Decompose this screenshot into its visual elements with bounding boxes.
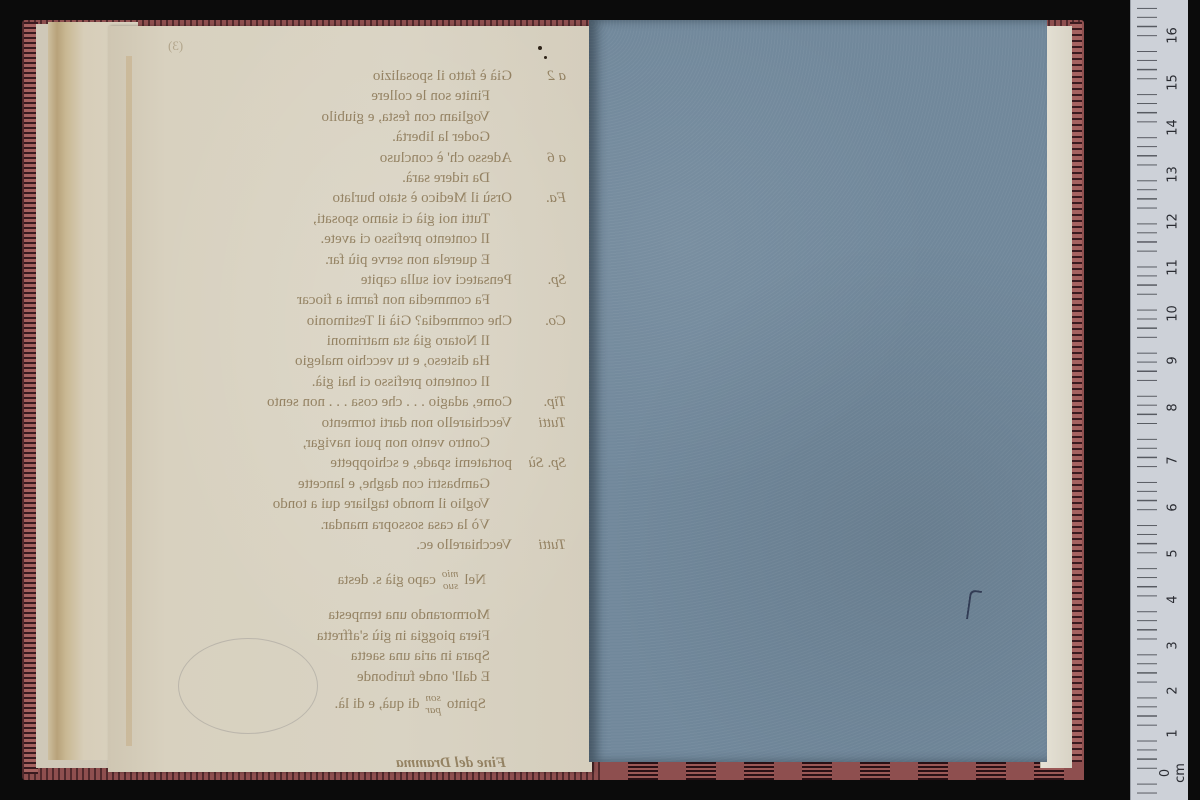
verse-line: Il Notaro già sta matrimoni xyxy=(186,331,566,351)
verse-text: Finite son le collere xyxy=(371,86,516,106)
page-number: (3) xyxy=(168,36,183,56)
variant-bottom: suo xyxy=(442,580,459,592)
verse-line: E querela non serve più far. xyxy=(186,250,566,270)
verse-line: Sp. Sùportatemi spade, e schioppette xyxy=(186,453,566,473)
speaker-label: Sp. Sù xyxy=(516,453,566,473)
ruler-label: 10 xyxy=(1166,302,1181,326)
verse-line: Sp.Pensateci voi sulla capite xyxy=(186,270,566,290)
stanza-gap xyxy=(186,555,566,563)
verse-text: Contro vento non puoi navigar, xyxy=(303,433,516,453)
verse-text: Come, adagio . . . che cosa . . . non se… xyxy=(267,392,516,412)
verse-text: Spinto xyxy=(447,694,486,714)
verse-text: Fiera pioggia in giù s'affretta xyxy=(317,626,516,646)
verse-line: Finite son le collere xyxy=(186,86,566,106)
verse-text: Già è fatto il sposalizio xyxy=(373,66,516,86)
variant-top: son xyxy=(426,692,441,704)
left-page: (3) a 2Già è fatto il sposalizio Finite … xyxy=(108,26,592,772)
verse-text: Vecchiarello ec. xyxy=(416,535,516,555)
variant-top: mio xyxy=(442,568,459,580)
speaker-label xyxy=(516,209,566,229)
speaker-label xyxy=(516,474,566,494)
verse-text: E dall' onde furibonde xyxy=(357,667,516,687)
speaker-label xyxy=(516,515,566,535)
verse-line: Tutti noi già ci siamo sposati, xyxy=(186,209,566,229)
verse-text: portatemi spade, e schioppette xyxy=(330,453,516,473)
speaker-label xyxy=(516,372,566,392)
verse-text: Vò la casa sossopra mandar. xyxy=(320,515,516,535)
verse-line: Voglio il mondo tagliare qui a tondo xyxy=(186,494,566,514)
verse-text: Vecchiarello non darti tormento xyxy=(322,413,516,433)
verse-line: Vò la casa sossopra mandar. xyxy=(186,515,566,535)
ruler-label: 1 xyxy=(1166,722,1181,746)
ruler-label: 3 xyxy=(1166,634,1181,658)
speaker-label: Fa. xyxy=(516,188,566,208)
photo-scene: (3) a 2Già è fatto il sposalizio Finite … xyxy=(0,0,1200,800)
verse-text: Da ridere sarà. xyxy=(402,168,516,188)
speaker-label xyxy=(516,433,566,453)
speaker-label xyxy=(516,107,566,127)
measuring-ruler: 0 cm 1 2 3 4 5 6 7 8 9 10 11 12 13 14 15… xyxy=(1130,0,1188,800)
verse-text: E querela non serve più far. xyxy=(325,250,516,270)
speaker-label xyxy=(516,86,566,106)
ruler-label: 9 xyxy=(1166,349,1181,373)
ruler-label: 5 xyxy=(1166,542,1181,566)
ruler-label: 6 xyxy=(1166,496,1181,520)
verse-line: TuttiVecchiarello ec. xyxy=(186,535,566,555)
verse-text: Il contento prefisso ci hai già. xyxy=(312,372,516,392)
verse-lines: a 2Già è fatto il sposalizio Finite son … xyxy=(186,66,566,773)
ruler-label: 0 cm xyxy=(1158,761,1188,785)
verse-text: Gambastri con daghe, e lancette xyxy=(298,474,516,494)
verse-line: a 2Già è fatto il sposalizio xyxy=(186,66,566,86)
verse-text: Che commedia? Già il Testimonio xyxy=(307,311,516,331)
verse-line: Ha disteso, e tu vecchio malegio xyxy=(186,351,566,371)
ruler-label: 2 xyxy=(1166,679,1181,703)
variant-stack: mio suo xyxy=(442,568,459,592)
ruler-label: 16 xyxy=(1166,24,1181,48)
speaker-label: Tutti xyxy=(516,535,566,555)
speaker-label: Co. xyxy=(516,311,566,331)
verse-line: Contro vento non puoi navigar, xyxy=(186,433,566,453)
speaker-label xyxy=(516,494,566,514)
ruler-label: 4 xyxy=(1166,588,1181,612)
verse-text: Goder la libertà. xyxy=(392,127,516,147)
verse-line: Tip.Come, adagio . . . che cosa . . . no… xyxy=(186,392,566,412)
speaker-label xyxy=(516,351,566,371)
verse-line: a 6Adesso ch' è concluso xyxy=(186,148,566,168)
stanza-gap xyxy=(186,597,566,605)
verse-text: Vogliam con festa, e giubilo xyxy=(322,107,516,127)
ruler-label: 12 xyxy=(1166,210,1181,234)
colophon: Fine del Dramma xyxy=(186,753,566,773)
verse-text: Orsù il Medico è stato burlato xyxy=(332,188,516,208)
speaker-label xyxy=(516,229,566,249)
verse-text: Mormorando una tempesta xyxy=(328,605,516,625)
verse-line: Da ridere sarà. xyxy=(186,168,566,188)
verse-text: Spara in aria una saetta xyxy=(351,646,516,666)
verse-text: Fa commedia non farmi a fiocar xyxy=(297,290,516,310)
speaker-label xyxy=(516,250,566,270)
speaker-label: Tip. xyxy=(516,392,566,412)
verse-line: E dall' onde furibonde xyxy=(186,667,566,687)
ruler-label: 15 xyxy=(1166,71,1181,95)
verse-line: Co.Che commedia? Già il Testimonio xyxy=(186,311,566,331)
speaker-label: a 6 xyxy=(516,148,566,168)
right-page-blue xyxy=(589,20,1047,762)
ruler-label: 13 xyxy=(1166,163,1181,187)
ruler-label: 11 xyxy=(1166,256,1181,280)
verse-line: Fa.Orsù il Medico è stato burlato xyxy=(186,188,566,208)
verse-text: di quà, e di là. xyxy=(335,694,420,714)
verse-text: Pensateci voi sulla capite xyxy=(361,270,516,290)
verse-line-stacked: Spinto son par di quà, e di là. xyxy=(186,687,566,721)
mirrored-text-block: (3) a 2Già è fatto il sposalizio Finite … xyxy=(108,26,592,772)
speaker-label: a 2 xyxy=(516,66,566,86)
verse-line-stacked: Nel mio suo capo già s. desta xyxy=(186,563,566,597)
verse-line: TuttiVecchiarello non darti tormento xyxy=(186,413,566,433)
verse-line: Il contento prefisso ci hai già. xyxy=(186,372,566,392)
verse-line: Goder la libertà. xyxy=(186,127,566,147)
verse-text: Tutti noi già ci siamo sposati, xyxy=(313,209,516,229)
speaker-label: Tutti xyxy=(516,413,566,433)
verse-line: Spara in aria una saetta xyxy=(186,646,566,666)
verse-text: Il Notaro già sta matrimoni xyxy=(327,331,516,351)
ruler-label: 7 xyxy=(1166,449,1181,473)
verse-text: Nel xyxy=(464,570,486,590)
speaker-label xyxy=(516,290,566,310)
verse-line: Vogliam con festa, e giubilo xyxy=(186,107,566,127)
speaker-label: Sp. xyxy=(516,270,566,290)
ruler-label: 14 xyxy=(1166,116,1181,140)
speaker-label xyxy=(516,127,566,147)
verse-text: Voglio il mondo tagliare qui a tondo xyxy=(273,494,516,514)
verse-text: capo già s. desta xyxy=(338,570,436,590)
verse-line: Fa commedia non farmi a fiocar xyxy=(186,290,566,310)
speaker-label xyxy=(516,168,566,188)
variant-stack: son par xyxy=(426,692,441,716)
verse-text: Il contento prefisso ci avete. xyxy=(320,229,516,249)
verse-line: Il contento prefisso ci avete. xyxy=(186,229,566,249)
ruler-label: 8 xyxy=(1166,396,1181,420)
cover-bottom-pattern xyxy=(600,762,1084,780)
verse-line: Gambastri con daghe, e lancette xyxy=(186,474,566,494)
verse-line: Fiera pioggia in giù s'affretta xyxy=(186,626,566,646)
speaker-label xyxy=(516,331,566,351)
verse-text: Adesso ch' è concluso xyxy=(380,148,516,168)
ruler-ticks xyxy=(1137,0,1157,800)
variant-bottom: par xyxy=(426,704,441,716)
verse-text: Ha disteso, e tu vecchio malegio xyxy=(295,351,516,371)
verse-line: Mormorando una tempesta xyxy=(186,605,566,625)
